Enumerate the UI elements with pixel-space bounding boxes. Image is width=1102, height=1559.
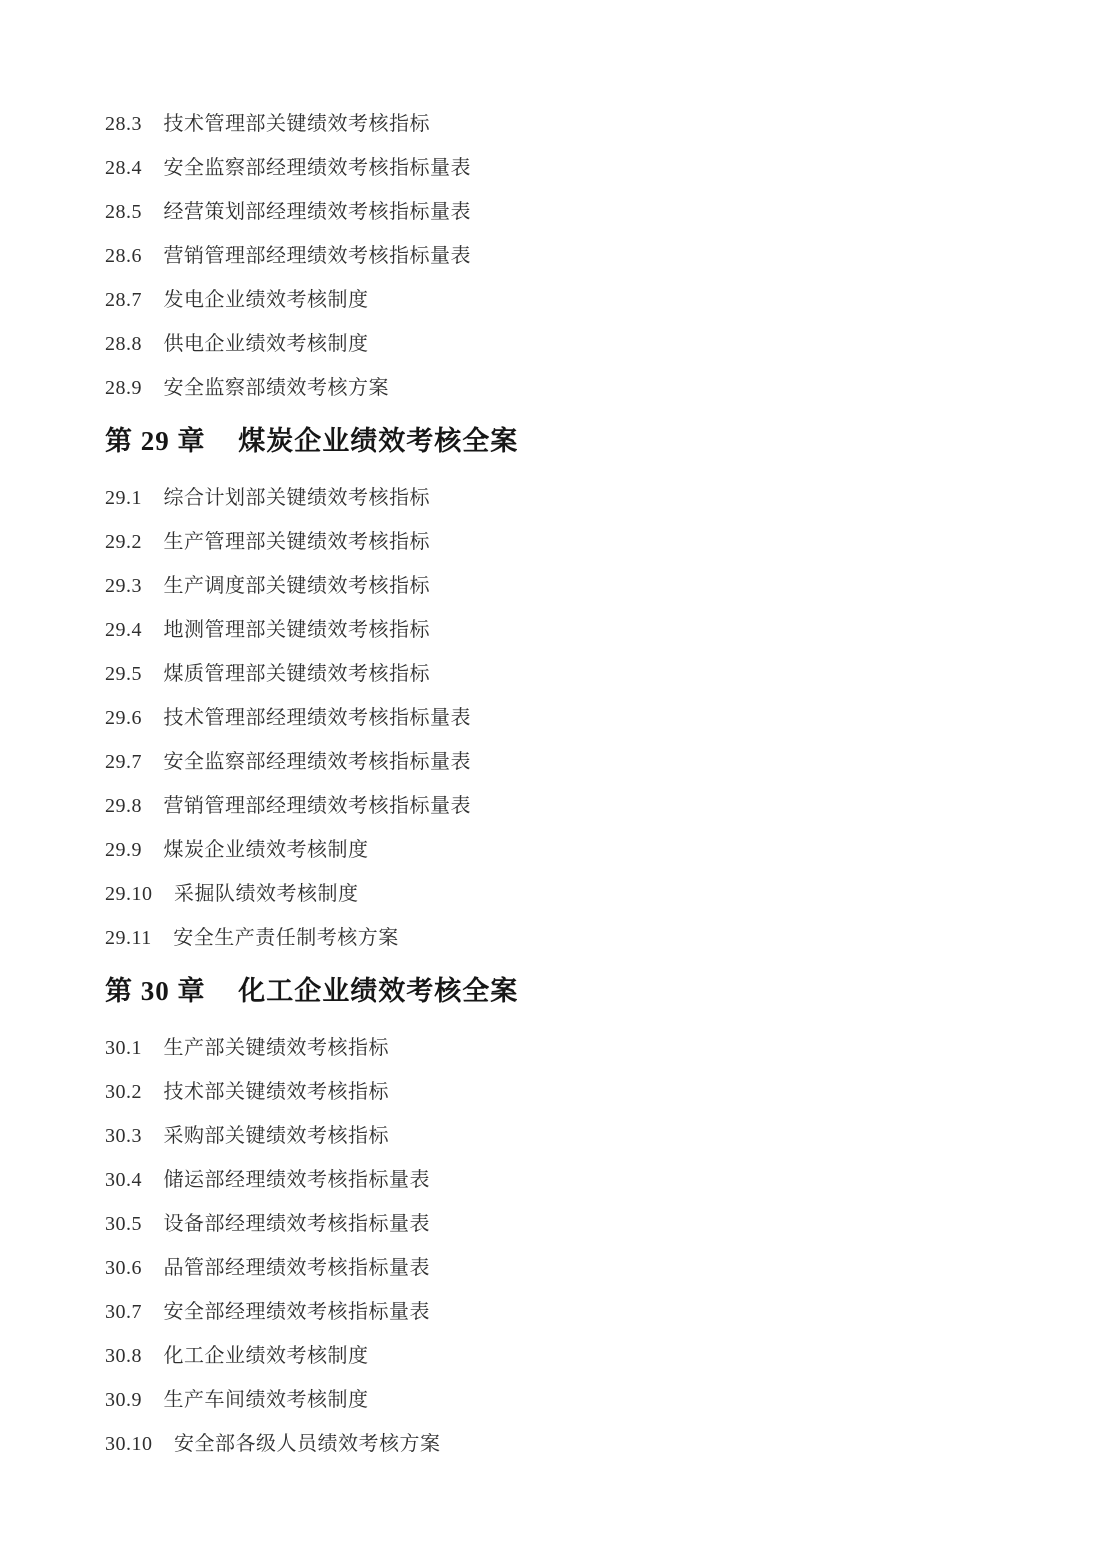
- toc-entry-title: 综合计划部关键绩效考核指标: [164, 487, 431, 509]
- chapter-heading-number: 第 29 章: [105, 424, 206, 458]
- chapter-heading-number: 第 30 章: [105, 974, 206, 1008]
- toc-entry-number: 28.9: [105, 376, 142, 400]
- toc-entry-number: 28.5: [105, 200, 142, 224]
- toc-entry-number: 29.7: [105, 750, 142, 774]
- toc-entry-title: 采购部关键绩效考核指标: [164, 1125, 390, 1147]
- toc-entry-number: 30.4: [105, 1168, 142, 1192]
- toc-entry-title: 地测管理部关键绩效考核指标: [164, 619, 431, 641]
- toc-entry-number: 30.10: [105, 1432, 153, 1456]
- toc-entry-title: 采掘队绩效考核制度: [174, 883, 359, 905]
- toc-entry: 28.4 安全监察部经理绩效考核指标量表: [105, 156, 1042, 180]
- toc-entry-number: 30.5: [105, 1212, 142, 1236]
- toc-entry: 29.3 生产调度部关键绩效考核指标: [105, 574, 1042, 598]
- toc-entry-title: 安全监察部经理绩效考核指标量表: [164, 157, 472, 179]
- toc-entry-title: 储运部经理绩效考核指标量表: [164, 1169, 431, 1191]
- toc-entry-number: 29.2: [105, 530, 142, 554]
- toc-list: 28.3 技术管理部关键绩效考核指标 28.4 安全监察部经理绩效考核指标量表 …: [105, 112, 1042, 1456]
- toc-entry-title: 技术管理部关键绩效考核指标: [164, 113, 431, 135]
- toc-entry-title: 安全部经理绩效考核指标量表: [164, 1301, 431, 1323]
- toc-entry: 28.3 技术管理部关键绩效考核指标: [105, 112, 1042, 136]
- toc-entry-title: 营销管理部经理绩效考核指标量表: [164, 795, 472, 817]
- toc-entry-number: 29.3: [105, 574, 142, 598]
- toc-entry-title: 安全监察部绩效考核方案: [164, 377, 390, 399]
- toc-entry-number: 30.7: [105, 1300, 142, 1324]
- toc-entry-title: 品管部经理绩效考核指标量表: [164, 1257, 431, 1279]
- toc-entry-number: 30.3: [105, 1124, 142, 1148]
- toc-entry-number: 29.4: [105, 618, 142, 642]
- toc-entry-title: 生产车间绩效考核制度: [164, 1389, 369, 1411]
- toc-entry-number: 29.1: [105, 486, 142, 510]
- toc-entry: 30.5 设备部经理绩效考核指标量表: [105, 1212, 1042, 1236]
- toc-entry: 29.2 生产管理部关键绩效考核指标: [105, 530, 1042, 554]
- toc-entry-title: 煤炭企业绩效考核制度: [164, 839, 369, 861]
- toc-entry-number: 28.6: [105, 244, 142, 268]
- toc-entry-number: 30.1: [105, 1036, 142, 1060]
- toc-entry: 30.8 化工企业绩效考核制度: [105, 1344, 1042, 1368]
- toc-entry: 29.4 地测管理部关键绩效考核指标: [105, 618, 1042, 642]
- toc-entry: 29.10 采掘队绩效考核制度: [105, 882, 1042, 906]
- toc-entry: 29.5 煤质管理部关键绩效考核指标: [105, 662, 1042, 686]
- chapter-heading: 第 29 章 煤炭企业绩效考核全案: [105, 424, 1042, 458]
- toc-entry: 28.6 营销管理部经理绩效考核指标量表: [105, 244, 1042, 268]
- toc-entry-title: 设备部经理绩效考核指标量表: [164, 1213, 431, 1235]
- toc-entry-number: 29.9: [105, 838, 142, 862]
- chapter-heading-title: 煤炭企业绩效考核全案: [238, 424, 518, 458]
- toc-entry-title: 技术管理部经理绩效考核指标量表: [164, 707, 472, 729]
- toc-entry-number: 28.7: [105, 288, 142, 312]
- toc-entry: 30.6 品管部经理绩效考核指标量表: [105, 1256, 1042, 1280]
- toc-entry: 30.4 储运部经理绩效考核指标量表: [105, 1168, 1042, 1192]
- toc-entry-number: 30.6: [105, 1256, 142, 1280]
- toc-entry-title: 安全部各级人员绩效考核方案: [174, 1433, 441, 1455]
- toc-entry-number: 28.4: [105, 156, 142, 180]
- toc-entry-title: 发电企业绩效考核制度: [164, 289, 369, 311]
- toc-entry: 29.7 安全监察部经理绩效考核指标量表: [105, 750, 1042, 774]
- toc-entry-title: 生产调度部关键绩效考核指标: [164, 575, 431, 597]
- toc-entry: 30.7 安全部经理绩效考核指标量表: [105, 1300, 1042, 1324]
- toc-entry-title: 生产管理部关键绩效考核指标: [164, 531, 431, 553]
- toc-entry-title: 生产部关键绩效考核指标: [164, 1037, 390, 1059]
- toc-entry: 29.8 营销管理部经理绩效考核指标量表: [105, 794, 1042, 818]
- toc-page: 28.3 技术管理部关键绩效考核指标 28.4 安全监察部经理绩效考核指标量表 …: [0, 0, 1102, 1559]
- toc-entry-title: 煤质管理部关键绩效考核指标: [164, 663, 431, 685]
- toc-entry-number: 29.11: [105, 926, 152, 950]
- toc-entry: 28.5 经营策划部经理绩效考核指标量表: [105, 200, 1042, 224]
- toc-entry-number: 28.8: [105, 332, 142, 356]
- toc-entry-number: 30.2: [105, 1080, 142, 1104]
- toc-entry: 29.1 综合计划部关键绩效考核指标: [105, 486, 1042, 510]
- toc-entry: 30.9 生产车间绩效考核制度: [105, 1388, 1042, 1412]
- toc-entry-number: 30.8: [105, 1344, 142, 1368]
- toc-entry-number: 29.5: [105, 662, 142, 686]
- toc-entry: 30.2 技术部关键绩效考核指标: [105, 1080, 1042, 1104]
- toc-entry: 28.8 供电企业绩效考核制度: [105, 332, 1042, 356]
- toc-entry-number: 29.10: [105, 882, 153, 906]
- chapter-heading: 第 30 章 化工企业绩效考核全案: [105, 974, 1042, 1008]
- toc-entry-number: 29.8: [105, 794, 142, 818]
- toc-entry: 29.6 技术管理部经理绩效考核指标量表: [105, 706, 1042, 730]
- toc-entry-title: 技术部关键绩效考核指标: [164, 1081, 390, 1103]
- toc-entry-title: 经营策划部经理绩效考核指标量表: [164, 201, 472, 223]
- toc-entry-number: 30.9: [105, 1388, 142, 1412]
- toc-entry-number: 28.3: [105, 112, 142, 136]
- chapter-heading-title: 化工企业绩效考核全案: [238, 974, 518, 1008]
- toc-entry: 28.7 发电企业绩效考核制度: [105, 288, 1042, 312]
- toc-entry: 30.10 安全部各级人员绩效考核方案: [105, 1432, 1042, 1456]
- toc-entry-title: 安全监察部经理绩效考核指标量表: [164, 751, 472, 773]
- toc-entry: 28.9 安全监察部绩效考核方案: [105, 376, 1042, 400]
- toc-entry: 30.1 生产部关键绩效考核指标: [105, 1036, 1042, 1060]
- toc-entry-title: 供电企业绩效考核制度: [164, 333, 369, 355]
- toc-entry-number: 29.6: [105, 706, 142, 730]
- toc-entry: 30.3 采购部关键绩效考核指标: [105, 1124, 1042, 1148]
- toc-entry-title: 化工企业绩效考核制度: [164, 1345, 369, 1367]
- toc-entry: 29.11 安全生产责任制考核方案: [105, 926, 1042, 950]
- toc-entry-title: 营销管理部经理绩效考核指标量表: [164, 245, 472, 267]
- toc-entry: 29.9 煤炭企业绩效考核制度: [105, 838, 1042, 862]
- toc-entry-title: 安全生产责任制考核方案: [173, 927, 399, 949]
